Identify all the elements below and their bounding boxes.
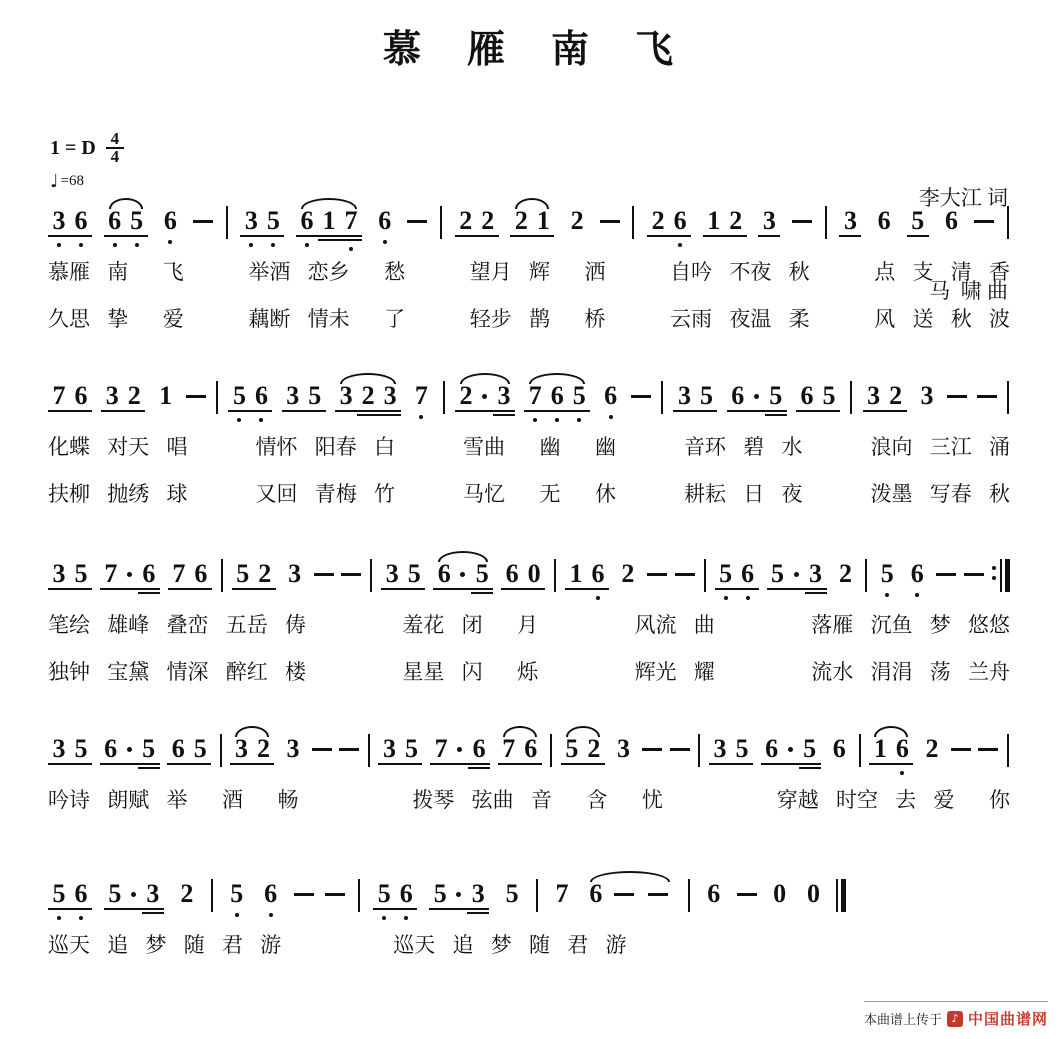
note-digit: 7 [501,734,517,764]
augmentation-dot [452,734,468,780]
beam-underline [168,588,190,590]
note-group: 56 [228,381,272,427]
lyric-phrase: 又回 青梅 竹 [256,478,396,508]
note-digit: 2 [888,381,904,411]
note-group: 52 [561,734,605,780]
beam-underline [455,410,477,412]
beam-underline [70,235,92,237]
note-digit: 3 [338,381,354,411]
note: 3 [493,381,515,427]
note: 3 [230,734,252,780]
lyric-phrase: 化蝶 对天 唱 [48,431,188,461]
note-digit: 5 [770,559,786,589]
watermark: 本曲谱上传于 中国曲谱网 [864,1001,1048,1029]
low-octave-dot [885,593,889,597]
low-octave-dot [79,916,83,920]
note-group: 3 [284,559,306,605]
note-digit: 6 [299,206,315,236]
beam-underline [520,763,542,765]
barline [368,734,370,767]
low-octave-dot [259,418,263,422]
note: 7 [430,734,452,780]
note-digit: 5 [474,559,490,589]
beam-underline [138,763,160,765]
note-group: 65 [727,381,787,427]
beam-underline [891,763,913,765]
lyric-phrase: 雪曲 幽 幽 [463,431,616,461]
low-octave-dot [269,913,273,917]
beam-underline [725,235,747,237]
note-group: 323 [335,381,401,427]
note-digit: 5 [718,559,734,589]
lyric-phrase: 自吟 不夜 秋 [670,256,810,286]
note-group: 617 [296,206,362,252]
lyric-phrase: 拨琴 弦曲 音 含 忧 [412,784,663,814]
note: 3 [467,879,489,925]
note-digit: 6 [764,734,780,764]
note-digit: 5 [879,559,895,589]
score-systems: 3665635617622212261233656慕雁 南 飞举酒 恋乡 愁望月… [48,0,1010,1039]
beam-underline [190,588,212,590]
note: 5 [429,879,451,925]
note-group: 65 [167,734,211,780]
note: 2 [885,381,907,427]
note: 2 [921,734,943,780]
beam-underline [587,588,609,590]
beam-underline [340,235,362,237]
note: 2 [617,559,639,605]
beam-underline [104,908,126,910]
note: 5 [695,381,717,427]
dot-glyph [131,892,136,897]
repeat-dots [992,566,996,580]
note-group: 23 [455,381,515,427]
note-digit: 7 [51,381,67,411]
note-digit: 2 [360,381,376,411]
note-group: 6 [159,206,181,252]
note: 3 [381,559,403,605]
beam-underline [709,763,731,765]
lyric-phrase: 笔绘 雄峰 叠峦 五岳 俦 [48,609,306,639]
note-group: 3 [839,206,861,252]
note-group: 12 [703,206,747,252]
note-group: 765 [524,381,590,427]
beam-underline [250,410,272,412]
lyric-phrase: 辉光 耀 [635,656,715,686]
low-octave-dot [57,243,61,247]
note: 6 [796,381,818,427]
note-group: 35 [673,381,717,427]
beam-underline [48,908,70,910]
lyric-phrase: 巡天 追 梦 随 君 游 [48,929,281,959]
note: 6 [501,559,523,605]
augmentation-dot [122,734,138,780]
note-group: 35 [48,559,92,605]
beam-underline [100,588,122,590]
beam-underline [240,235,262,237]
note-group: 56 [373,879,417,925]
note: 5 [262,206,284,252]
note-group: 16 [565,559,609,605]
note: 5 [403,559,425,605]
note-digit: 5 [129,206,145,236]
barline [554,559,556,592]
lyric-phrase: 望月 辉 洒 [470,256,606,286]
note-digit: 5 [406,559,422,589]
beam-underline [48,410,70,412]
beam-underline [805,592,827,594]
dash-extension [648,893,668,896]
note-group: 56 [48,879,92,925]
lyrics-line: 久思 挚 爱藕断 情未 了轻步 鹊 桥云雨 夜温 柔风 送 秋 波 [48,303,1010,333]
note-digit: 6 [193,559,209,589]
note-digit: 6 [730,381,746,411]
beam-underline [123,410,145,412]
note-digit: 6 [588,879,604,909]
barline [211,879,213,912]
note-group: 7 [551,879,573,925]
note-digit: 5 [802,734,818,764]
beam-underline [467,908,489,910]
note-digit: 2 [255,734,271,764]
note-digit: 3 [382,381,398,411]
beam-underline [373,908,395,910]
beam-underline [695,410,717,412]
note: 5 [767,559,789,605]
note: 5 [104,879,126,925]
note-digit: 1 [158,381,174,411]
beam-underline [703,235,725,237]
note-group: 53 [104,879,164,925]
note-group: 65 [104,206,148,252]
note-digit: 5 [432,879,448,909]
note-digit: 5 [564,734,580,764]
beam-underline [524,410,546,412]
note-digit: 6 [740,559,756,589]
note: 6 [727,381,749,427]
beam-underline [252,763,274,765]
beam-underline [126,235,148,237]
note-digit: 3 [761,206,777,236]
note-digit: 2 [480,206,496,236]
note-group: 0 [769,879,791,925]
beam-underline [379,410,401,412]
note-digit: 3 [676,381,692,411]
note: 5 [228,381,250,427]
note: 2 [725,206,747,252]
beam-underline [669,235,691,237]
barline-thick [841,879,846,912]
note-digit: 1 [872,734,888,764]
note-digit: 6 [253,381,269,411]
beam-underline [796,410,818,412]
note-group: 6 [906,559,928,605]
dash-extension [647,573,667,576]
beam-underline [230,763,252,765]
note: 6 [761,734,783,780]
lyric-phrase: 羞花 闭 月 [402,609,538,639]
note-digit: 2 [620,559,636,589]
note-digit: 7 [433,734,449,764]
note: 6 [395,879,417,925]
beam-underline [340,239,362,241]
note-digit: 5 [571,381,587,411]
note-digit: 6 [909,559,925,589]
lyric-phrase: 情怀 阳春 白 [256,431,396,461]
note-digit: 6 [831,734,847,764]
beam-underline [561,763,583,765]
note-group: 7 [410,381,432,427]
barline [698,734,700,767]
note-group: 6 [600,381,622,427]
lyrics-line: 独钟 宝黛 情深 醉红 楼星星 闪 烁辉光 耀流水 涓涓 荡 兰舟 [48,656,1010,686]
note: 3 [863,381,885,427]
note-digit: 2 [458,206,474,236]
note-digit: 3 [384,559,400,589]
barline-thick [1005,559,1010,592]
beam-underline [789,588,805,590]
beam-underline [468,767,490,769]
dash-extension [974,220,994,223]
note: 6 [703,879,725,925]
note: 6 [906,559,928,605]
note-group: 6 [873,206,895,252]
beam-underline [318,239,340,241]
note: 6 [70,879,92,925]
rest-note: 0 [523,559,545,605]
beam-underline [765,414,787,416]
note-group: 6 [585,879,675,925]
note: 5 [501,879,523,925]
low-octave-dot [746,596,750,600]
beam-underline [546,410,568,412]
note: 2 [123,381,145,427]
note-digit: 5 [51,879,67,909]
note-group: 35 [709,734,753,780]
note-digit: 2 [837,559,853,589]
note: 6 [374,206,396,252]
note-group: 76 [168,559,212,605]
note-digit: 3 [51,559,67,589]
note-group: 60 [501,559,545,605]
dash-extension [193,220,213,223]
score-system: 3665635617622212261233656慕雁 南 飞举酒 恋乡 愁望月… [48,206,1010,333]
note-digit: 7 [527,381,543,411]
note-digit: 5 [107,879,123,909]
lyric-phrase: 耕耘 日 夜 [684,478,803,508]
dash-extension [339,748,359,751]
note: 3 [673,381,695,427]
note: 3 [282,381,304,427]
note: 6 [891,734,913,780]
beam-underline [455,235,477,237]
note: 2 [510,206,532,252]
augmentation-dot [749,381,765,427]
note-group: 35 [378,734,422,780]
note-digit: 6 [603,381,619,411]
beam-underline [673,410,695,412]
note: 5 [471,559,493,605]
beam-underline [318,235,340,237]
note: 6 [587,559,609,605]
note-group: 35 [240,206,284,252]
note-digit: 1 [535,206,551,236]
lyric-phrase: 穿越 时空 去 爱 你 [777,784,1010,814]
beam-underline [471,592,493,594]
note-group: 6 [703,879,725,925]
note-digit: 7 [343,206,359,236]
sheet-music-page: 慕雁南飞 1 = D 4 4 ♩ =68 李大江 词 马 啸 曲 3665635… [0,0,1062,1039]
note-group: 76 [498,734,542,780]
barline [358,879,360,912]
note: 5 [48,879,70,925]
note-digit: 6 [672,206,688,236]
note: 5 [799,734,821,780]
beam-underline [863,410,885,412]
note-digit: 3 [104,381,120,411]
beam-underline [138,592,160,594]
notation-line: 7632156353237237656356565323 [48,381,1010,427]
note-digit: 3 [616,734,632,764]
lyric-phrase: 独钟 宝黛 情深 醉红 楼 [48,656,306,686]
lyric-phrase: 点 支 清 香 [874,256,1010,286]
note: 5 [138,734,160,780]
beam-underline [493,414,515,416]
lyric-phrase: 星星 闪 烁 [402,656,538,686]
note-digit: 3 [51,734,67,764]
beam-underline [468,763,490,765]
note-digit: 5 [734,734,750,764]
beam-underline [501,588,523,590]
note-digit: 3 [51,206,67,236]
lyric-phrase: 流水 涓涓 荡 兰舟 [811,656,1010,686]
note: 2 [834,559,856,605]
low-octave-dot [57,916,61,920]
note-group: 65 [796,381,840,427]
note: 6 [70,381,92,427]
note: 5 [232,559,254,605]
beam-underline [565,588,587,590]
dot-glyph [482,394,487,399]
note: 1 [155,381,177,427]
note-group: 22 [455,206,499,252]
notation-line: 56532565653576600 [48,879,846,925]
lyrics-line: 扶柳 抛绣 球又回 青梅 竹马忆 无 休耕耘 日 夜泼墨 写春 秋 [48,478,1010,508]
beam-underline [818,410,840,412]
low-octave-dot [900,771,904,775]
note-digit: 3 [243,206,259,236]
note-group: 76 [48,381,92,427]
note-group: 2 [176,879,198,925]
barline [440,206,442,239]
note-group: 5 [876,559,898,605]
dot-glyph [456,892,461,897]
note: 1 [318,206,340,252]
repeat-dot [992,576,996,580]
note-group: 65 [433,559,493,605]
note-digit: 0 [526,559,542,589]
note-group: 2 [617,559,639,605]
beam-underline [381,588,403,590]
beam-underline [761,763,783,765]
note-digit: 7 [554,879,570,909]
dash-extension [614,893,634,896]
beam-underline [758,235,780,237]
note-digit: 6 [377,206,393,236]
note-group: 2 [921,734,943,780]
note-group: 65 [100,734,160,780]
note: 3 [142,879,164,925]
low-octave-dot [555,418,559,422]
beam-underline [805,588,827,590]
note: 2 [357,381,379,427]
note-group: 6 [828,734,850,780]
barline [216,381,218,414]
note-group: 21 [510,206,554,252]
low-octave-dot [135,243,139,247]
watermark-site-name: 中国曲谱网 [968,1008,1048,1029]
quscore-logo-icon [947,1011,963,1027]
note: 5 [765,381,787,427]
note-digit: 3 [919,381,935,411]
note: 1 [565,559,587,605]
note: 6 [70,206,92,252]
note: 6 [873,206,895,252]
note: 7 [498,734,520,780]
score-system: 35656532335767652335656162吟诗 朗赋 举 酒 畅拨琴 … [48,734,1010,814]
dash-extension [978,748,998,751]
low-octave-dot [383,240,387,244]
note-digit: 2 [513,206,529,236]
dot-glyph [794,572,799,577]
beam-underline [430,763,452,765]
dash-extension [964,573,984,576]
note-digit: 0 [806,879,822,909]
note: 2 [477,206,499,252]
note: 2 [583,734,605,780]
note-digit: 3 [842,206,858,236]
note: 6 [600,381,622,427]
barline [661,381,663,414]
note-group: 0 [803,879,825,925]
note: 6 [585,879,607,925]
note-group: 76 [430,734,490,780]
note: 6 [167,734,189,780]
note-digit: 5 [231,381,247,411]
barline [825,206,827,239]
note: 5 [818,381,840,427]
note: 7 [551,879,573,925]
beam-underline [467,912,489,914]
lyric-phrase: 马忆 无 休 [463,478,616,508]
beam-underline [429,908,451,910]
score-system: 7632156353237237656356565323化蝶 对天 唱情怀 阳春… [48,381,1010,508]
note: 5 [304,381,326,427]
dash-extension [675,573,695,576]
beam-underline [70,588,92,590]
lyric-phrase: 慕雁 南 飞 [48,256,184,286]
note: 2 [254,559,276,605]
lyric-phrase: 浪向 三江 涌 [871,431,1011,461]
barline [859,734,861,767]
note: 3 [709,734,731,780]
barline [1007,381,1009,414]
dash-extension [977,395,997,398]
note: 7 [340,206,362,252]
note-digit: 3 [287,559,303,589]
note-digit: 2 [586,734,602,764]
note-group: 32 [863,381,907,427]
